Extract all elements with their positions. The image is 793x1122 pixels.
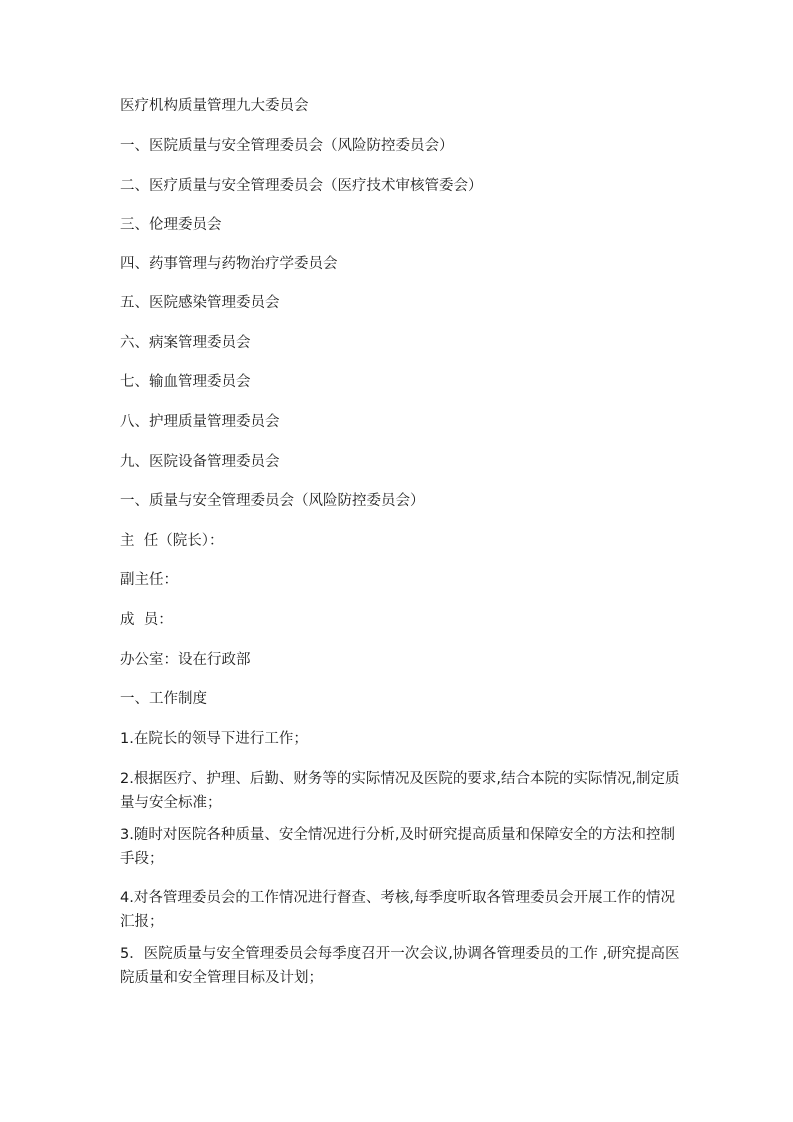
rule-item-2: 2.根据医疗、护理、后勤、财务等的实际情况及医院的要求,结合本院的实际情况,制定… [120,767,680,815]
committee-item-3: 三、伦理委员会 [120,215,222,235]
rule-item-5: 5．医院质量与安全管理委员会每季度召开一次会议,协调各管理委员的工作 ,研究提高… [120,942,680,990]
office-label: 办公室：设在行政部 [120,650,251,670]
director-label: 主 任（院长）： [120,531,223,551]
committee-item-6: 六、病案管理委员会 [120,333,251,353]
committee-item-2: 二、医疗质量与安全管理委员会（医疗技术审核管委会） [120,176,483,196]
document-title: 医疗机构质量管理九大委员会 [120,96,309,116]
section-heading: 一、质量与安全管理委员会（风险防控委员会） [120,491,425,511]
committee-item-9: 九、医院设备管理委员会 [120,452,280,472]
committee-item-5: 五、医院感染管理委员会 [120,293,280,313]
committee-item-8: 八、护理质量管理委员会 [120,412,280,432]
rule-item-3: 3.随时对医院各种质量、安全情况进行分析,及时研究提高质量和保障安全的方法和控制… [120,823,680,871]
members-label: 成 员： [120,610,173,630]
rules-heading: 一、工作制度 [120,689,207,709]
committee-item-1: 一、医院质量与安全管理委员会（风险防控委员会） [120,136,454,156]
committee-item-4: 四、药事管理与药物治疗学委员会 [120,254,338,274]
deputy-director-label: 副主任： [120,570,178,590]
rule-item-1: 1.在院长的领导下进行工作； [120,729,308,749]
committee-item-7: 七、输血管理委员会 [120,372,251,392]
rule-item-4: 4.对各管理委员会的工作情况进行督查、考核,每季度听取各管理委员会开展工作的情况… [120,886,680,934]
